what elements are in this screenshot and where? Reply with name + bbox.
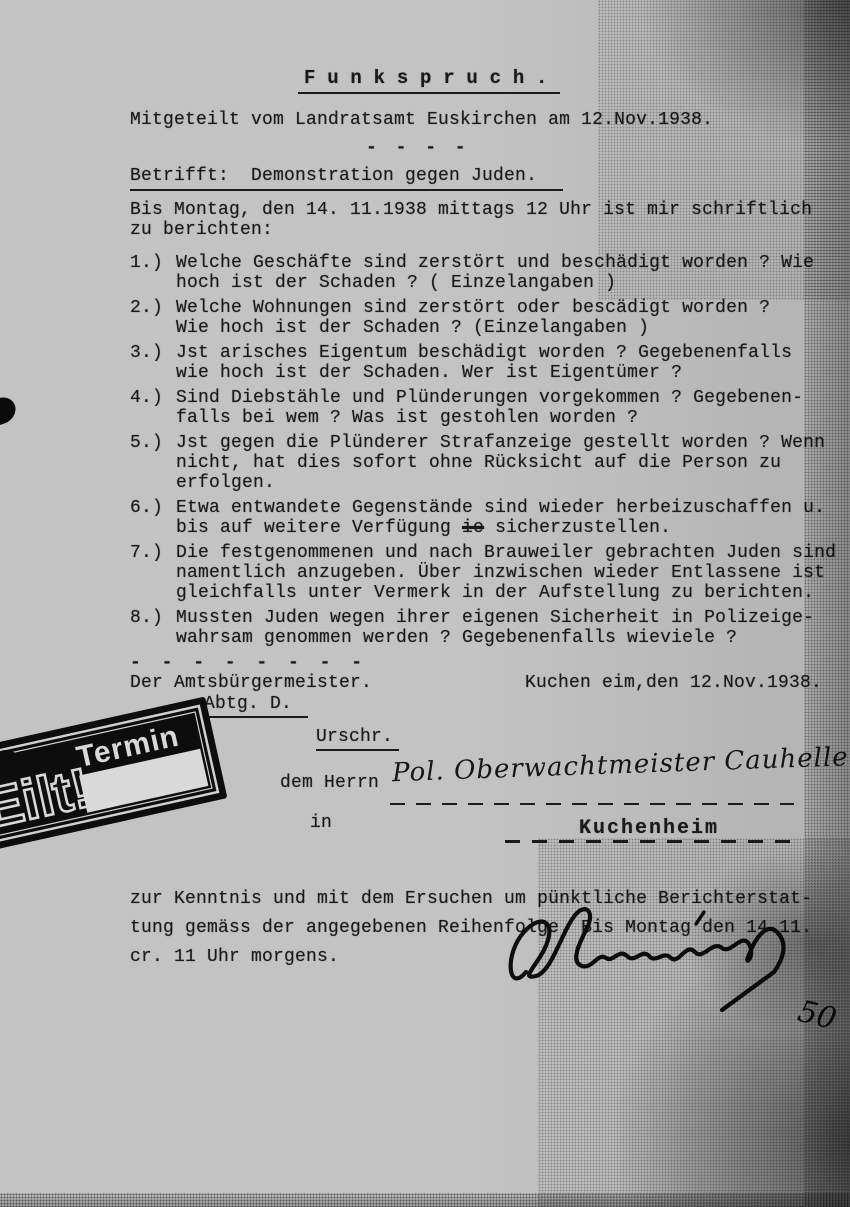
directive-list: 1.) Welche Geschäfte sind zerstört und b…: [130, 253, 822, 648]
recipient-place-wrap: Kuchenheim: [505, 819, 793, 843]
signer-title: Der Amtsbürgermeister.: [130, 673, 372, 693]
item-lines: Welche Wohnungen sind zerstört oder besc…: [176, 298, 770, 338]
recipient-handwriting: Pol. Oberwachtmeister Cauheller: [392, 747, 850, 783]
item-line: erfolgen.: [176, 473, 825, 493]
item-line: Jst arisches Eigentum beschädigt worden …: [176, 343, 792, 363]
list-item-3: 3.) Jst arisches Eigentum beschädigt wor…: [130, 343, 822, 383]
separator-short: - - - -: [366, 138, 822, 158]
item-line: bis auf weitere Verfügung ie sicherzuste…: [176, 518, 825, 538]
signature-stroke: [511, 909, 784, 1010]
item-lines: Jst gegen die Plünderer Strafanzeige ges…: [176, 433, 825, 493]
item-line: wahrsam genommen werden ? Gegebenenfalls…: [176, 628, 814, 648]
item-number: 1.): [130, 253, 176, 293]
item-lines: Die festgenommenen und nach Brauweiler g…: [176, 543, 836, 603]
item-number: 2.): [130, 298, 176, 338]
item-line: Die festgenommenen und nach Brauweiler g…: [176, 543, 836, 563]
signature: [496, 868, 826, 1018]
subject-row: Betrifft: Demonstration gegen Juden.: [130, 166, 822, 191]
in-place-row: in Kuchenheim: [130, 811, 822, 863]
item-lines: Mussten Juden wegen ihrer eigenen Sicher…: [176, 608, 814, 648]
margin-note-50: 50: [794, 994, 840, 1037]
item-line: Etwa entwandete Gegenstände sind wieder …: [176, 498, 825, 518]
item-line: Wie hoch ist der Schaden ? (Einzelangabe…: [176, 318, 770, 338]
item-line-segment: bis auf weitere Verfügung: [176, 518, 462, 538]
item-line: Sind Diebstähle und Plünderungen vorgeko…: [176, 388, 803, 408]
item-number: 4.): [130, 388, 176, 428]
item-line: falls bei wem ? Was ist gestohlen worden…: [176, 408, 803, 428]
list-item-5: 5.) Jst gegen die Plünderer Strafanzeige…: [130, 433, 822, 493]
list-item-7: 7.) Die festgenommenen und nach Brauweil…: [130, 543, 822, 603]
item-line: hoch ist der Schaden ? ( Einzelangaben ): [176, 273, 814, 293]
deadline-line-1: Bis Montag, den 14. 11.1938 mittags 12 U…: [130, 200, 822, 220]
signoff-row: Der Amtsbürgermeister. Kuchen eim,den 12…: [130, 673, 822, 693]
separator-long: - - - - - - - -: [130, 653, 822, 673]
item-number: 7.): [130, 543, 176, 603]
item-line: namentlich anzugeben. Über inzwischen wi…: [176, 563, 836, 583]
item-line: Jst gegen die Plünderer Strafanzeige ges…: [176, 433, 825, 453]
list-item-8: 8.) Mussten Juden wegen ihrer eigenen Si…: [130, 608, 822, 648]
item-number: 8.): [130, 608, 176, 648]
subject-line: Betrifft: Demonstration gegen Juden.: [130, 166, 563, 191]
list-item-2: 2.) Welche Wohnungen sind zerstört oder …: [130, 298, 822, 338]
scan-noise-bottom-edge: [0, 1193, 850, 1207]
item-line: nicht, hat dies sofort ohne Rücksicht au…: [176, 453, 825, 473]
list-item-6: 6.) Etwa entwandete Gegenstände sind wie…: [130, 498, 822, 538]
item-number: 6.): [130, 498, 176, 538]
strikethrough-text: ie: [462, 518, 484, 538]
item-line: Welche Wohnungen sind zerstört oder besc…: [176, 298, 770, 318]
recipient-underline: [390, 803, 794, 806]
item-lines: Etwa entwandete Gegenstände sind wieder …: [176, 498, 825, 538]
recipient-label: dem Herrn: [280, 773, 379, 793]
transmitted-line: Mitgeteilt vom Landratsamt Euskirchen am…: [130, 110, 822, 130]
list-item-1: 1.) Welche Geschäfte sind zerstört und b…: [130, 253, 822, 293]
item-number: 5.): [130, 433, 176, 493]
item-line-segment: sicherzustellen.: [484, 518, 671, 538]
copy-note: Urschr.: [316, 727, 399, 751]
item-number: 3.): [130, 343, 176, 383]
title-row: F u n k s p r u c h .: [130, 68, 822, 98]
signature-accent-stroke: [696, 912, 704, 924]
list-item-4: 4.) Sind Diebstähle und Plünderungen vor…: [130, 388, 822, 428]
item-lines: Jst arisches Eigentum beschädigt worden …: [176, 343, 792, 383]
document-title: F u n k s p r u c h .: [298, 68, 560, 94]
place-date: Kuchen eim,den 12.Nov.1938.: [525, 673, 822, 693]
item-line: gleichfalls unter Vermerk in der Aufstel…: [176, 583, 836, 603]
place-underline: [505, 840, 793, 843]
deadline-line-2: zu berichten:: [130, 220, 822, 240]
scanned-document-page: F u n k s p r u c h . Mitgeteilt vom Lan…: [0, 0, 850, 1207]
in-label: in: [310, 813, 332, 833]
item-line: Mussten Juden wegen ihrer eigenen Sicher…: [176, 608, 814, 628]
item-lines: Sind Diebstähle und Plünderungen vorgeko…: [176, 388, 803, 428]
item-line: wie hoch ist der Schaden. Wer ist Eigent…: [176, 363, 792, 383]
department-row: Abtg. D.: [202, 694, 822, 718]
recipient-place: Kuchenheim: [579, 817, 719, 840]
item-lines: Welche Geschäfte sind zerstört und besch…: [176, 253, 814, 293]
item-line: Welche Geschäfte sind zerstört und besch…: [176, 253, 814, 273]
